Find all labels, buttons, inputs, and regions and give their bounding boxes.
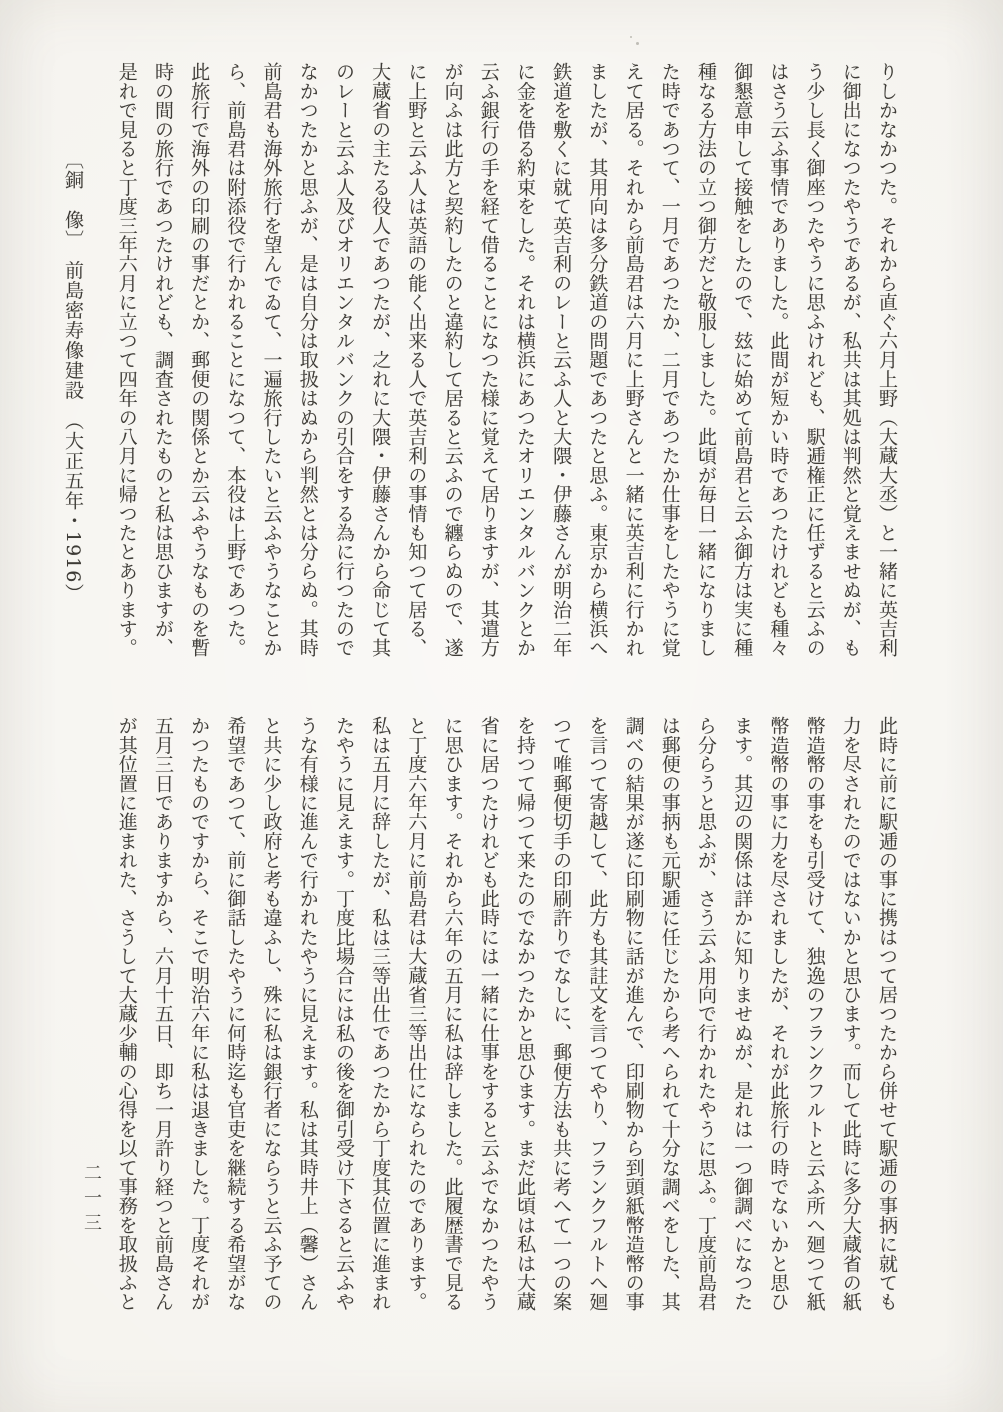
text-column: 御懇意申して接触をしたので、玆に始めて前島君と云ふ御方は実に種 — [724, 62, 760, 662]
text-column: が向ふは此方と契約したのと違約して居ると云ふので纏らぬので、遂 — [434, 62, 470, 662]
scan-speck — [636, 42, 639, 45]
text-column: つて唯郵便切手の印刷許りでなしに、郵便方法も共に考へて一つの案 — [543, 716, 579, 1316]
text-column: 大蔵省の主たる役人であつたが、之れに大隈・伊藤さんから命じて其 — [362, 62, 398, 662]
text-column: ら分らうと思ふが、さう云ふ用向で行かれたやうに思ふ。丁度前島君 — [688, 716, 724, 1316]
text-column: に金を借る約束をした。それは横浜にあつたオリエンタルバンクとか — [507, 62, 543, 662]
text-column: 此時に前に駅逓の事に携はつて居つたから併せて駅逓の事抦に就ても — [869, 716, 905, 1316]
text-column: 省に居つたけれども此時には一緒に仕事をすると云ふでなかつたやう — [471, 716, 507, 1316]
scan-speck — [630, 36, 632, 38]
text-column: 幣造幣の事に力を尽されましたが、それが此旅行の時でないかと思ひ — [760, 716, 796, 1316]
text-column: 時の間の旅行であつたけれども、調査されたものと私は思ひますが、 — [145, 62, 181, 662]
text-column: うな有様に進んで行かれたやうに見えます。私は其時井上（馨）さん — [290, 716, 326, 1316]
text-column: た時であつて、一月であつたか、二月であつたか仕事をしたやうに覚 — [652, 62, 688, 662]
text-column: 私は五月に辞したが、私は三等出仕であつたから丁度其位置に進まれ — [362, 716, 398, 1316]
text-column: のレーと云ふ人及びオリエンタルバンクの引合をする為に行つたので — [326, 62, 362, 662]
text-column: 力を尽されたのではないかと思ひます。而して此時に多分大蔵省の紙 — [833, 716, 869, 1316]
text-column: なかつたかと思ふが、是は自分は取扱はぬから判然とは分らぬ。其時 — [290, 62, 326, 662]
text-column: 幣造幣の事をも引受けて、独逸のフランクフルトと云ふ所へ廻つて紙 — [796, 716, 832, 1316]
text-column: が其位置に進まれた、さうして大蔵少輔の心得を以て事務を取扱ふと — [109, 716, 145, 1316]
text-column: に思ひます。それから六年の五月に私は辞しました。此履歴書で見る — [434, 716, 470, 1316]
text-column: う少し長く御座つたやうに思ふけれども、駅逓権正に任ずると云ふの — [796, 62, 832, 662]
text-column: と丁度六年六月に前島君は大蔵省三等出仕になられたのであります。 — [398, 716, 434, 1316]
text-column: 是れで見ると丁度三年六月に立つて四年の八月に帰つたとあります。 — [109, 62, 145, 662]
page-number: 二一三 — [80, 1163, 102, 1238]
statue-side-caption: 〔銅 像〕 前島密寿像建設 （大正五年・1916） — [58, 150, 88, 630]
text-column: 調べの結果が遂に印刷物に話が進んで、印刷物から到頭紙幣造幣の事 — [615, 716, 651, 1316]
text-column: 云ふ銀行の手を経て借ることになつた様に覚えて居りますが、其遣方 — [471, 62, 507, 662]
text-column: りしかなかつた。それから直ぐ六月上野（大蔵大丞）と一緒に英吉利 — [869, 62, 905, 662]
bottom-text-block: 此時に前に駅逓の事に携はつて居つたから併せて駅逓の事抦に就ても力を尽されたのでは… — [109, 716, 905, 1316]
text-column: ます。其辺の関係は詳かに知りませぬが、是れは一つ御調べになつた — [724, 716, 760, 1316]
top-text-block: りしかなかつた。それから直ぐ六月上野（大蔵大丞）と一緒に英吉利に御出になつたやう… — [109, 62, 905, 662]
text-column: 鉄道を敷くに就て英吉利のレーと云ふ人と大隈・伊藤さんが明治二年 — [543, 62, 579, 662]
text-column: ましたが、其用向は多分鉄道の問題であつたと思ふ。東京から横浜へ — [579, 62, 615, 662]
text-column: 希望であつて、前に御話したやうに何時迄も官吏を継続する希望がな — [217, 716, 253, 1316]
text-column: は郵便の事抦も元駅逓に任じたから考へられて十分な調べをした、其 — [652, 716, 688, 1316]
text-column: はさう云ふ事情でありました。此間が短かい時であつたけれども種々 — [760, 62, 796, 662]
text-column: を持つて帰つて来たのでなかつたかと思ひます。まだ此頃は私は大蔵 — [507, 716, 543, 1316]
text-column: 此旅行で海外の印刷の事だとか、郵便の関係とか云ふやうなものを暫 — [181, 62, 217, 662]
text-column: ら、前島君は附添役で行かれることになつて、本役は上野であつた。 — [217, 62, 253, 662]
text-column: 種なる方法の立つ御方だと敬服しました。此頃が毎日一緒になりまし — [688, 62, 724, 662]
text-column: に上野と云ふ人は英語の能く出来る人で英吉利の事情も知つて居る、 — [398, 62, 434, 662]
text-column: に御出になつたやうであるが、私共は其処は判然と覚えませぬが、も — [833, 62, 869, 662]
text-column: と共に少し政府と考も違ふし、殊に私は銀行者にならうと云ふ予ての — [253, 716, 289, 1316]
text-column: えて居る。それから前島君は六月に上野さんと一緒に英吉利に行かれ — [615, 62, 651, 662]
text-column: 五月三日でありますから、六月十五日、即ち一月許り経つと前島さん — [145, 716, 181, 1316]
text-column: を言つて寄越して、此方も其註文を言つてやり、フランクフルトへ廻 — [579, 716, 615, 1316]
scanned-page: りしかなかつた。それから直ぐ六月上野（大蔵大丞）と一緒に英吉利に御出になつたやう… — [0, 0, 1003, 1412]
text-column: かつたものですから、そこで明治六年に私は退きました。丁度それが — [181, 716, 217, 1316]
text-column: 前島君も海外旅行を望んでゐて、一遍旅行したいと云ふやうなことか — [253, 62, 289, 662]
text-column: たやうに見えます。丁度比場合には私の後を御引受け下さると云ふや — [326, 716, 362, 1316]
